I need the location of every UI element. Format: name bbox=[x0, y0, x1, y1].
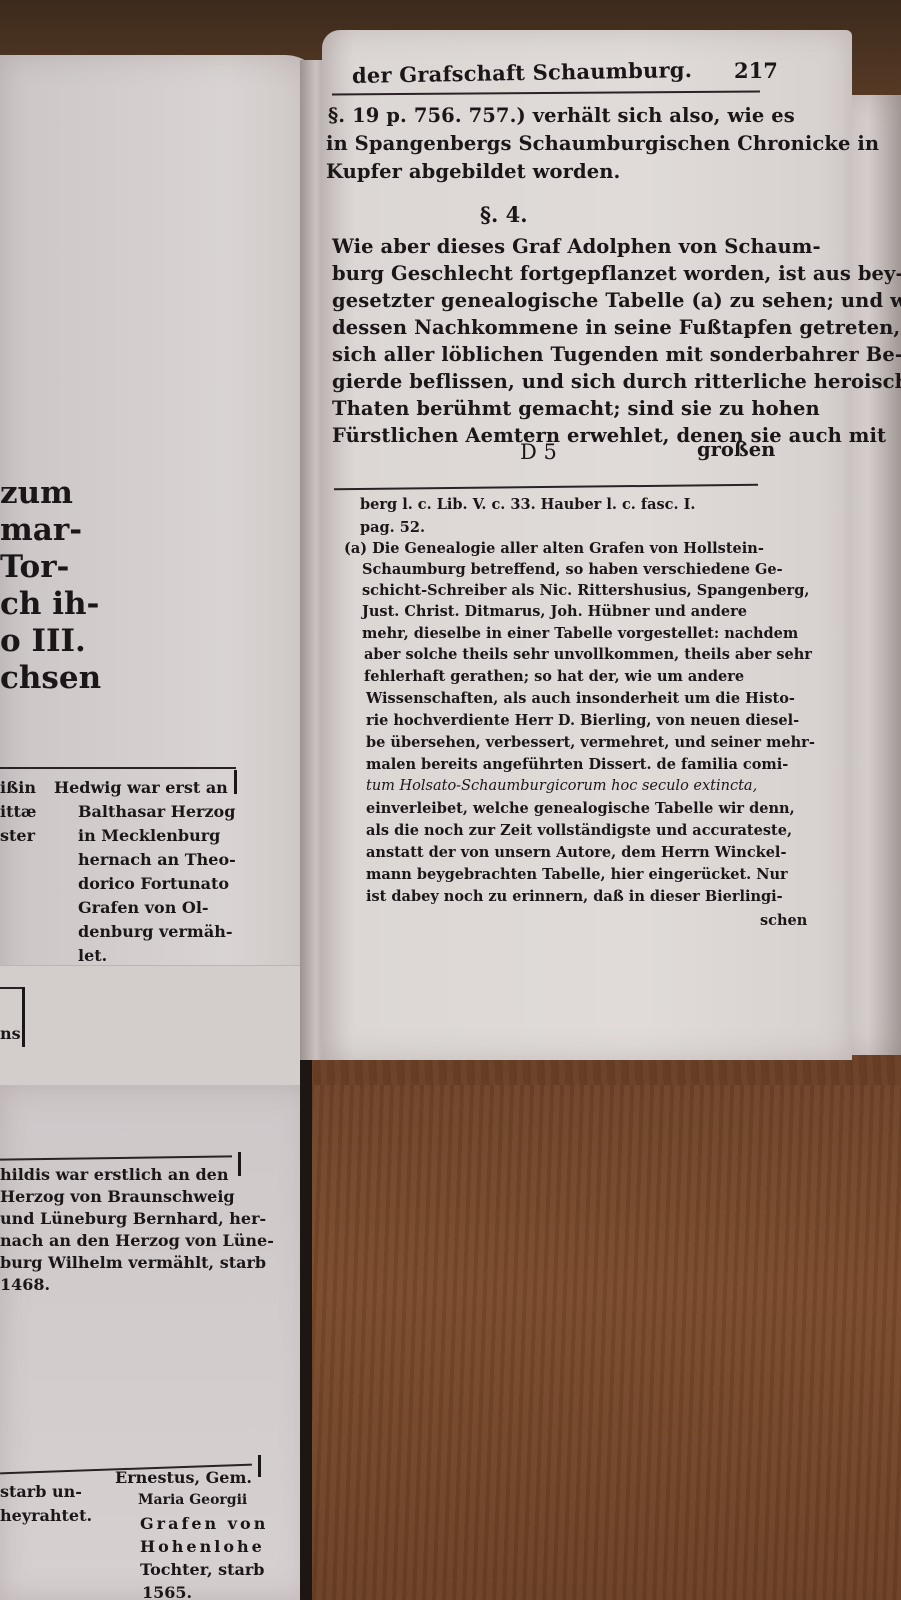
table-cell: Balthasar Herzog bbox=[78, 802, 235, 821]
body-line: dessen Nachkommene in seine Fußtapfen ge… bbox=[332, 316, 900, 339]
table-bracket bbox=[234, 770, 237, 794]
table-cell: hernach an Theo- bbox=[78, 850, 236, 869]
body-line: §. 19 p. 756. 757.) verhält sich also, w… bbox=[328, 104, 795, 127]
table-cell: Grafen von bbox=[140, 1514, 268, 1533]
table-cell: ittæ bbox=[0, 802, 36, 821]
table-bracket bbox=[238, 1152, 241, 1176]
table-cell: nach an den Herzog von Lüne- bbox=[0, 1231, 274, 1250]
book-spine-shadow bbox=[300, 1060, 312, 1600]
table-cell: let. bbox=[78, 946, 107, 965]
footnote-line: fehlerhaft gerathen; so hat der, wie um … bbox=[364, 668, 744, 685]
footnote-line: mann beygebrachten Tabelle, hier eingerü… bbox=[366, 866, 788, 883]
table-cell: dorico Fortunato bbox=[78, 874, 229, 893]
left-text-fragment: mar- bbox=[0, 512, 68, 548]
footnote-line: einverleibet, welche genealogische Tabel… bbox=[366, 800, 795, 817]
table-cell: burg Wilhelm vermählt, starb bbox=[0, 1253, 266, 1272]
footnote-line: anstatt der von unsern Autore, dem Herrn… bbox=[366, 844, 786, 861]
wooden-table-bottom bbox=[310, 1085, 901, 1600]
table-cell: Maria Georgii bbox=[138, 1492, 247, 1508]
signature-mark: D 5 bbox=[520, 440, 557, 464]
footnote-line: malen bereits angeführten Dissert. de fa… bbox=[366, 756, 788, 773]
body-line: Kupfer abgebildet worden. bbox=[326, 160, 620, 183]
table-cell: Tochter, starb bbox=[140, 1560, 264, 1579]
table-cell: starb un- bbox=[0, 1482, 82, 1501]
table-cell: Grafen von Ol- bbox=[78, 898, 209, 917]
footnote-line: Schaumburg betreffend, so haben verschie… bbox=[362, 561, 783, 578]
footnote-line: tum Holsato-Schaumburgicorum hoc seculo … bbox=[366, 778, 757, 794]
table-cell: in Mecklenburg bbox=[78, 826, 220, 845]
section-mark: §. 4. bbox=[480, 202, 528, 227]
footnote-line: rie hochverdiente Herr D. Bierling, von … bbox=[366, 712, 799, 729]
body-line: Fürstlichen Aemtern erwehlet, denen sie … bbox=[332, 424, 886, 447]
body-line: sich aller löblichen Tugenden mit sonder… bbox=[332, 343, 901, 366]
table-cell: Ernestus, Gem. bbox=[115, 1468, 252, 1487]
table-cell: hildis war erstlich an den bbox=[0, 1165, 228, 1184]
body-line: in Spangenbergs Schaumburgischen Chronic… bbox=[326, 132, 879, 155]
left-text-fragment: zum bbox=[0, 475, 68, 511]
table-cell: Hedwig war erst an bbox=[54, 778, 228, 797]
footnote-line: Just. Christ. Ditmarus, Joh. Hübner und … bbox=[362, 603, 747, 620]
footnote-catchword: schen bbox=[760, 912, 807, 929]
footnote-line: (a) Die Genealogie aller alten Grafen vo… bbox=[344, 540, 764, 557]
table-cell: Herzog von Braunschweig bbox=[0, 1187, 235, 1206]
left-text-fragment: Tor- bbox=[0, 549, 68, 585]
table-cell: denburg vermäh- bbox=[78, 922, 232, 941]
table-cell: Hohenlohe bbox=[140, 1537, 265, 1556]
body-line: Wie aber dieses Graf Adolphen von Schaum… bbox=[332, 235, 821, 258]
footnote-line: schicht-Schreiber als Nic. Rittershusius… bbox=[362, 582, 809, 599]
table-cell: ns bbox=[0, 1024, 21, 1043]
body-line: Thaten berühmt gemacht; sind sie zu hohe… bbox=[332, 397, 820, 420]
left-text-fragment: ch ih- bbox=[0, 586, 68, 622]
footnote-line: aber solche theils sehr unvollkommen, th… bbox=[364, 646, 812, 663]
table-rule bbox=[0, 767, 236, 769]
table-cell: 1468. bbox=[0, 1275, 50, 1294]
body-line: burg Geschlecht fortgepflanzet worden, i… bbox=[332, 262, 901, 285]
table-bracket bbox=[258, 1455, 261, 1477]
table-cell: 1565. bbox=[142, 1583, 192, 1600]
table-rule bbox=[0, 987, 22, 989]
body-line: gierde beflissen, und sich durch ritterl… bbox=[332, 370, 901, 393]
footnote-line: pag. 52. bbox=[360, 519, 425, 536]
table-bracket bbox=[22, 987, 25, 1047]
body-line: gesetzter genealogische Tabelle (a) zu s… bbox=[332, 289, 901, 312]
footnote-line: be übersehen, verbessert, vermehret, und… bbox=[366, 734, 815, 751]
footnote-line: ist dabey noch zu erinnern, daß in diese… bbox=[366, 888, 783, 905]
left-text-fragment: chsen bbox=[0, 660, 68, 696]
table-cell: heyrahtet. bbox=[0, 1506, 92, 1525]
footnote-line: Wissenschaften, als auch insonderheit um… bbox=[366, 690, 795, 707]
folded-table-sheet bbox=[0, 965, 300, 1086]
table-cell: und Lüneburg Bernhard, her- bbox=[0, 1209, 266, 1228]
footnote-line: berg l. c. Lib. V. c. 33. Hauber l. c. f… bbox=[360, 496, 695, 513]
footnote-line: mehr, dieselbe in einer Tabelle vorgeste… bbox=[362, 625, 798, 642]
catchword: großen bbox=[697, 438, 775, 461]
left-text-fragment: o III. bbox=[0, 623, 68, 659]
footnote-line: als die noch zur Zeit vollständigste und… bbox=[366, 822, 792, 839]
page-number: 217 bbox=[734, 58, 778, 83]
table-cell: ißin bbox=[0, 778, 36, 797]
table-cell: ster bbox=[0, 826, 35, 845]
